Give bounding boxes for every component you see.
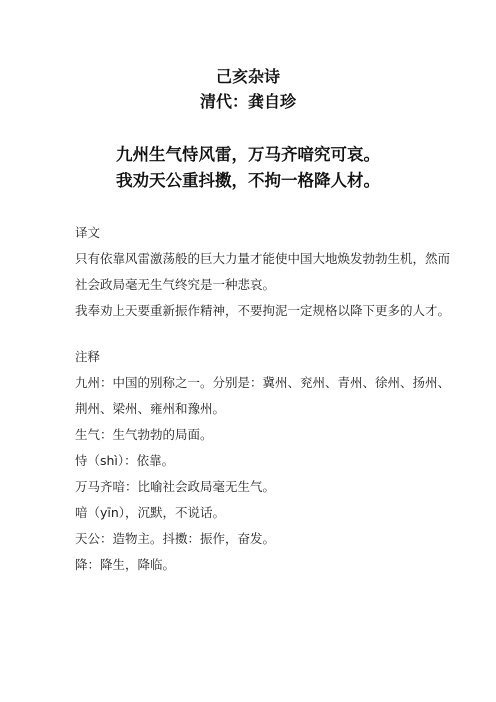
note-line: 喑（yīn），沉默，不说话。 (75, 500, 445, 526)
note-line: 天公：造物主。抖擞：振作，奋发。 (75, 526, 445, 552)
verse-line-1: 九州生气恃风雷，万马齐喑究可哀。 (0, 141, 496, 165)
note-line: 万马齐喑：比喻社会政局毫无生气。 (75, 474, 445, 500)
poem-title: 己亥杂诗 (0, 64, 496, 87)
note-line: 荆州、梁州、雍州和豫州。 (75, 396, 445, 422)
note-line: 生气：生气勃勃的局面。 (75, 422, 445, 448)
note-line: 降：降生，降临。 (75, 552, 445, 578)
translation-line: 社会政局毫无生气终究是一种悲哀。 (75, 272, 445, 298)
translation-line: 只有依靠风雷激荡般的巨大力量才能使中国大地焕发勃勃生机，然而 (75, 246, 445, 272)
notes-heading: 注释 (75, 344, 445, 370)
notes-section: 注释 九州：中国的别称之一。分别是：冀州、兖州、青州、徐州、扬州、 荆州、梁州、… (75, 344, 445, 578)
verse-line-2: 我劝天公重抖擞，不拘一格降人材。 (0, 167, 496, 191)
poem-author: 清代：龚自珍 (0, 89, 496, 112)
note-line: 九州：中国的别称之一。分别是：冀州、兖州、青州、徐州、扬州、 (75, 370, 445, 396)
note-line: 恃（shì）：依靠。 (75, 448, 445, 474)
translation-line: 我奉劝上天要重新振作精神，不要拘泥一定规格以降下更多的人才。 (75, 298, 445, 324)
translation-section: 译文 只有依靠风雷激荡般的巨大力量才能使中国大地焕发勃勃生机，然而 社会政局毫无… (75, 220, 445, 324)
translation-heading: 译文 (75, 220, 445, 246)
